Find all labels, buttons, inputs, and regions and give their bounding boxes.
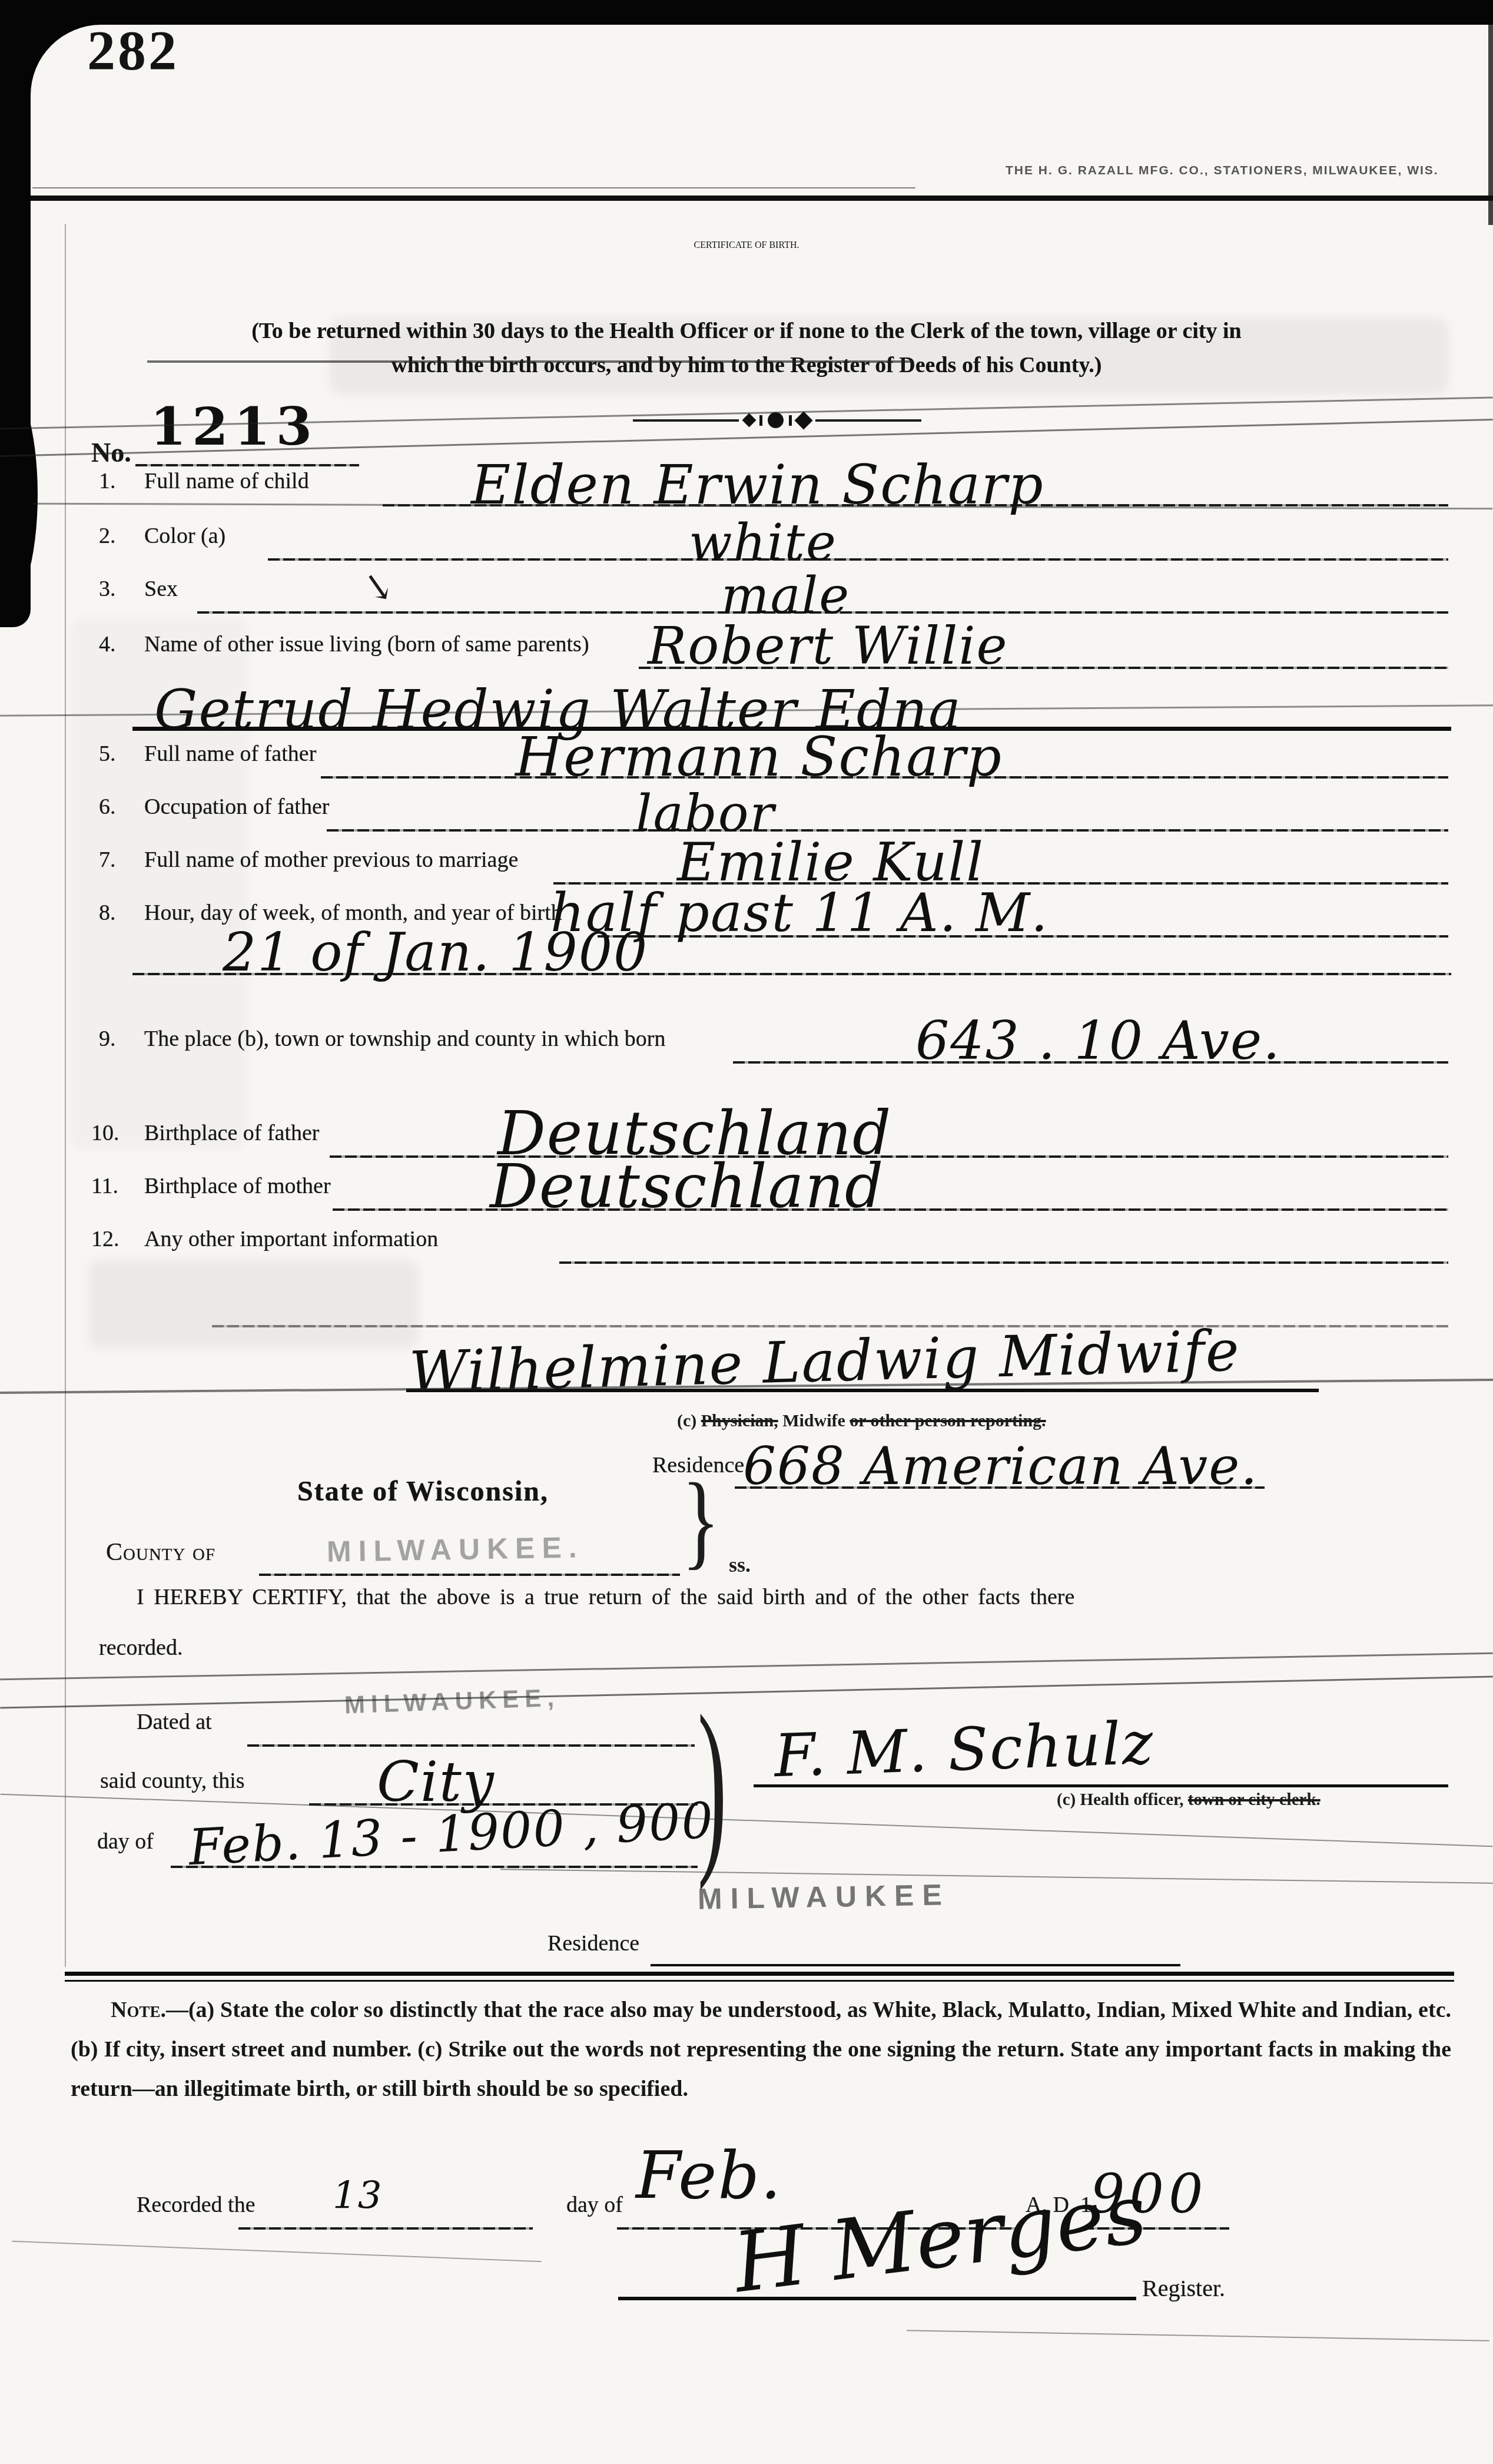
header-rule	[31, 196, 1493, 201]
instructions-line1: (To be returned within 30 days to the He…	[0, 318, 1493, 344]
field-3-label: Sex	[144, 576, 178, 602]
field-9-number: 9.	[99, 1026, 116, 1052]
page-number: 282	[87, 18, 179, 83]
field-8-value2: 21 of Jan. 1900	[223, 922, 648, 983]
scan-line-artifact	[500, 1869, 1493, 1884]
county-label: County of	[106, 1538, 215, 1567]
field-2-label: Color (a)	[144, 523, 225, 549]
field-5-number: 5.	[99, 741, 116, 767]
ornament-line	[815, 419, 921, 422]
field-4-label: Name of other issue living (born of same…	[144, 631, 589, 657]
dated-at-label: Dated at	[137, 1709, 212, 1735]
field-7-number: 7.	[99, 847, 116, 873]
state-line: State of Wisconsin,	[297, 1475, 549, 1508]
attestation-signature: Wilhelmine Ladwig Midwife	[409, 1318, 1241, 1406]
note-label: Note.—	[111, 1998, 188, 2022]
officer-caption: (c) Health officer, town or city clerk.	[1057, 1790, 1321, 1810]
field-1-number: 1.	[99, 468, 116, 494]
certify-line2: recorded.	[99, 1635, 183, 1661]
ss-label: ss.	[729, 1552, 751, 1577]
field-8-number: 8.	[99, 900, 116, 926]
certificate-no-line	[135, 464, 359, 466]
field-12-number: 12.	[91, 1226, 120, 1252]
scan-line-artifact	[12, 2241, 541, 2263]
certificate-title: CERTIFICATE OF BIRTH.	[0, 240, 1493, 251]
recorded-month-value: Feb.	[636, 2138, 782, 2213]
field-1-label: Full name of child	[144, 468, 309, 494]
attestation-caption-struck2: or other person reporting.	[850, 1411, 1046, 1430]
pen-mark-icon: ↘	[359, 563, 399, 612]
field-12-line2	[212, 1325, 1448, 1327]
county-stamp: MILWAUKEE.	[327, 1530, 585, 1569]
officer-caption-struck: town or city clerk.	[1188, 1790, 1321, 1809]
field-2-line	[268, 558, 1448, 561]
ornament-line	[633, 419, 739, 422]
recorded-day-value: 13	[333, 2174, 383, 2218]
register-signature: H Merges	[729, 2166, 1152, 2312]
field-3-number: 3.	[99, 576, 116, 602]
field-11-number: 11.	[91, 1173, 118, 1199]
attestation-caption-struck1: Physician,	[701, 1411, 778, 1430]
header-rule-thin	[32, 187, 915, 188]
attestation-caption-mid: Midwife	[782, 1411, 845, 1430]
field-10-number: 10.	[91, 1120, 120, 1146]
field-11-value: Deutschland	[490, 1152, 884, 1222]
scan-right-edge	[1488, 25, 1493, 225]
field-5-value: Hermann Scharp	[515, 726, 1003, 789]
field-4-value: Robert Willie	[648, 615, 1008, 676]
note-paragraph: Note.—(a) State the color so distinctly …	[71, 1991, 1451, 2109]
field-12-line	[559, 1261, 1448, 1264]
field-10-label: Birthplace of father	[144, 1120, 320, 1146]
field-2-number: 2.	[99, 523, 116, 549]
scan-smudge	[88, 1260, 418, 1349]
said-county-label: said county, this	[100, 1768, 245, 1794]
day-of-label: day of	[97, 1829, 154, 1854]
field-11-label: Birthplace of mother	[144, 1173, 331, 1199]
scan-line-artifact	[0, 1675, 1493, 1708]
scan-line-artifact	[0, 1652, 1493, 1680]
field-6-label: Occupation of father	[144, 794, 329, 820]
dated-at-line	[247, 1744, 695, 1747]
scan-top-border	[0, 0, 1493, 25]
milwaukee-stamp: MILWAUKEE	[698, 1877, 951, 1916]
scan-left-blob	[0, 377, 38, 612]
footer-rule-thin	[65, 1980, 1454, 1982]
field-2-value: white	[689, 514, 837, 572]
attestation-caption: (c) Physician, Midwife or other person r…	[677, 1411, 1046, 1431]
instructions-line2: which the birth occurs, and by him to th…	[0, 352, 1493, 378]
field-4-number: 4.	[99, 631, 116, 657]
ornament-diamond	[794, 411, 812, 429]
ornament-tick	[789, 415, 792, 426]
field-9-label: The place (b), town or township and coun…	[144, 1026, 665, 1052]
officer-signature: F. M. Schulz	[773, 1708, 1155, 1790]
ornament-tick	[759, 415, 762, 426]
field-9-value: 643 . 10 Ave.	[915, 1010, 1281, 1072]
attestation-caption-c: (c)	[677, 1411, 696, 1430]
recorded-day-line	[238, 2227, 533, 2230]
dated-at-stamp: MILWAUKEE,	[344, 1684, 560, 1720]
officer-caption-text: (c) Health officer,	[1057, 1790, 1184, 1809]
field-6-number: 6.	[99, 794, 116, 820]
recorded-label: Recorded the	[137, 2192, 256, 2218]
field-7-label: Full name of mother previous to marriage	[144, 847, 518, 873]
note-text: (a) State the color so distinctly that t…	[71, 1998, 1451, 2101]
scanned-birth-certificate-page: { "page": { "page_number": "282", "stati…	[0, 0, 1493, 2464]
attestation-residence-value: 668 American Ave.	[743, 1436, 1258, 1496]
register-label: Register.	[1142, 2274, 1225, 2302]
field-12-label: Any other important information	[144, 1226, 438, 1252]
ornament-diamond	[742, 413, 756, 427]
county-line	[259, 1574, 680, 1576]
bottom-residence-line	[651, 1964, 1180, 1966]
footer-rule-heavy	[65, 1972, 1454, 1976]
field-5-label: Full name of father	[144, 741, 316, 767]
recorded-day-of-label: day of	[566, 2192, 623, 2218]
bottom-residence-label: Residence	[548, 1930, 639, 1956]
certify-line1: I HEREBY CERTIFY, that the above is a tr…	[137, 1584, 1074, 1610]
ss-brace: }	[682, 1468, 720, 1574]
ornament-dot	[768, 412, 784, 428]
scan-line-artifact	[907, 2330, 1489, 2341]
stationer-imprint: THE H. G. RAZALL MFG. CO., STATIONERS, M…	[1006, 164, 1439, 178]
scan-line-artifact	[147, 360, 913, 363]
register-signature-line	[618, 2297, 1136, 2300]
